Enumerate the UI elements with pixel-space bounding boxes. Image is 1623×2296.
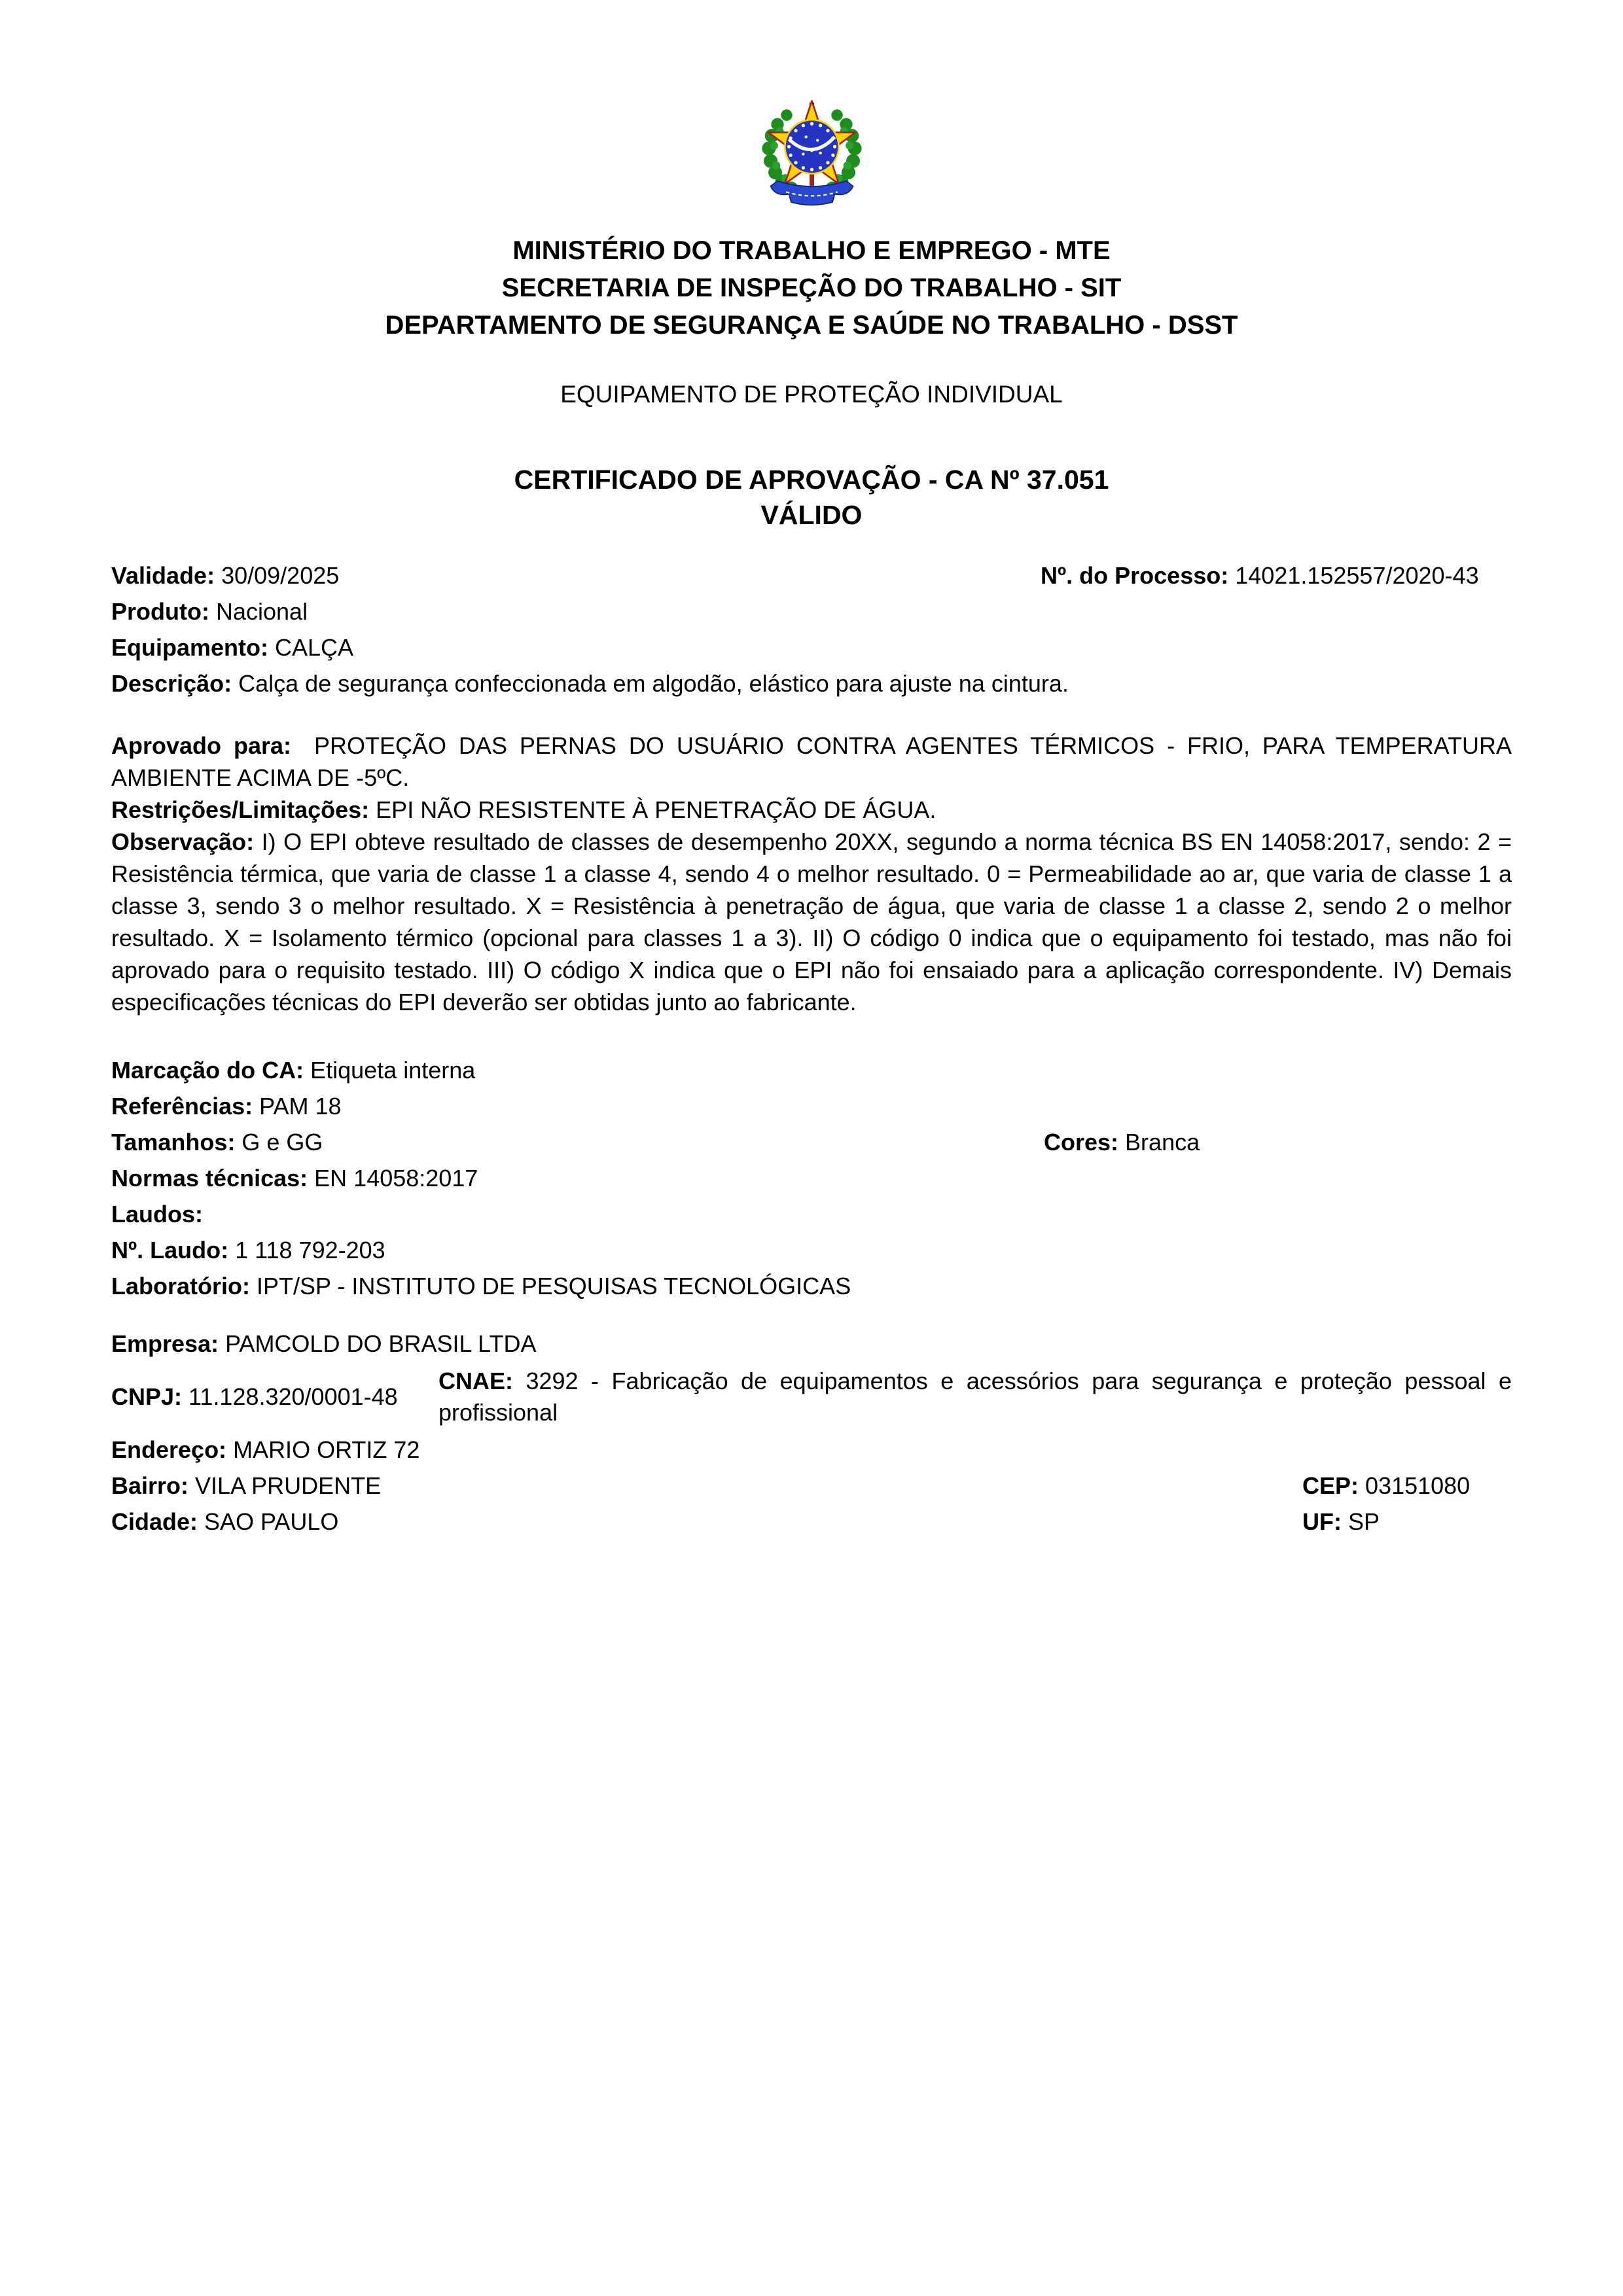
field-cidade-row: Cidade: SAO PAULO UF: SP [111,1509,1512,1535]
cidade-label: Cidade: [111,1508,198,1535]
cep-value: 03151080 [1365,1472,1470,1499]
aprovado-label: Aprovado para: [111,732,291,759]
validade-value: 30/09/2025 [221,562,339,589]
uf-label: UF: [1302,1508,1342,1535]
normas-label: Normas técnicas: [111,1165,308,1192]
laudos-label: Laudos: [111,1201,203,1227]
certificate-title: CERTIFICADO DE APROVAÇÃO - CA Nº 37.051 [0,462,1623,497]
cidade-value: SAO PAULO [204,1508,338,1535]
restricoes-paragraph: Restrições/Limitações: EPI NÃO RESISTENT… [111,794,1512,826]
referencias-value: PAM 18 [259,1093,341,1120]
cores-value: Branca [1125,1129,1200,1156]
status-label: VÁLIDO [0,497,1623,533]
cnpj-label: CNPJ: [111,1383,182,1410]
equipamento-label: Equipamento: [111,634,268,661]
field-tamanhos-row: Tamanhos: G e GG Cores: Branca [111,1129,1512,1156]
certificate-page: { "page": { "background": "#ffffff", "te… [0,0,1623,2296]
field-empresa-row: Empresa: PAMCOLD DO BRASIL LTDA [111,1331,1512,1357]
tamanhos-value: G e GG [241,1129,323,1156]
aprovado-value: PROTEÇÃO DAS PERNAS DO USUÁRIO CONTRA AG… [111,732,1512,791]
field-laudos-row: Laudos: [111,1201,1512,1227]
cep-label: CEP: [1302,1472,1359,1499]
org-line-1: MINISTÉRIO DO TRABALHO E EMPREGO - MTE [0,232,1623,270]
observacao-value: I) O EPI obteve resultado de classes de … [111,828,1512,1016]
cnpj-value: 11.128.320/0001-48 [188,1383,398,1410]
processo-value: 14021.152557/2020-43 [1235,562,1478,589]
laudo-num-label: Nº. Laudo: [111,1237,228,1263]
document-title-block: CERTIFICADO DE APROVAÇÃO - CA Nº 37.051 … [0,462,1623,533]
laudo-num-value: 1 118 792-203 [235,1237,385,1263]
observacao-paragraph: Observação: I) O EPI obteve resultado de… [111,826,1512,1018]
restricoes-value: EPI NÃO RESISTENTE À PENETRAÇÃO DE ÁGUA. [376,796,936,823]
bairro-label: Bairro: [111,1472,188,1499]
observacao-label: Observação: [111,828,254,855]
org-header: MINISTÉRIO DO TRABALHO E EMPREGO - MTE S… [0,232,1623,344]
endereco-value: MARIO ORTIZ 72 [233,1436,419,1463]
fields-section-1: Validade: 30/09/2025 Nº. do Processo: 14… [111,563,1512,1535]
field-cnpj: CNPJ: 11.128.320/0001-48 [111,1384,438,1410]
descricao-value: Calça de segurança confeccionada em algo… [238,670,1069,697]
referencias-label: Referências: [111,1093,253,1120]
field-laboratorio-row: Laboratório: IPT/SP - INSTITUTO DE PESQU… [111,1273,1512,1299]
field-endereco-row: Endereço: MARIO ORTIZ 72 [111,1437,1512,1463]
processo-label: Nº. do Processo: [1041,562,1228,589]
field-bairro-row: Bairro: VILA PRUDENTE CEP: 03151080 [111,1473,1512,1499]
empresa-label: Empresa: [111,1330,219,1357]
validade-label: Validade: [111,562,215,589]
field-cnae: CNAE: 3292 - Fabricação de equipamentos … [438,1366,1512,1428]
company-section: Empresa: PAMCOLD DO BRASIL LTDA CNPJ: 11… [111,1331,1512,1535]
field-produto-row: Produto: Nacional [111,599,1512,625]
field-normas-row: Normas técnicas: EN 14058:2017 [111,1165,1512,1192]
field-uf: UF: SP [1302,1509,1380,1535]
marcacao-value: Etiqueta interna [310,1057,475,1084]
empresa-value: PAMCOLD DO BRASIL LTDA [225,1330,536,1357]
equipamento-value: CALÇA [275,634,353,661]
produto-value: Nacional [216,598,308,625]
laboratorio-value: IPT/SP - INSTITUTO DE PESQUISAS TECNOLÓG… [257,1273,851,1299]
field-descricao-row: Descrição: Calça de segurança confeccion… [111,671,1512,697]
org-line-2: SECRETARIA DE INSPEÇÃO DO TRABALHO - SIT [0,270,1623,307]
field-processo: Nº. do Processo: 14021.152557/2020-43 [1041,563,1479,589]
field-laudo-num-row: Nº. Laudo: 1 118 792-203 [111,1237,1512,1263]
approval-paragraphs: Aprovado para: PROTEÇÃO DAS PERNAS DO US… [111,730,1512,1018]
emblem-container [0,0,1623,218]
descricao-label: Descrição: [111,670,232,697]
marcacao-label: Marcação do CA: [111,1057,304,1084]
bairro-value: VILA PRUDENTE [195,1472,381,1499]
endereco-label: Endereço: [111,1436,226,1463]
cnpj-cnae-row: CNPJ: 11.128.320/0001-48 CNAE: 3292 - Fa… [111,1366,1512,1428]
aprovado-para-paragraph: Aprovado para: PROTEÇÃO DAS PERNAS DO US… [111,730,1512,794]
cnae-label: CNAE: [438,1368,513,1394]
restricoes-label: Restrições/Limitações: [111,796,369,823]
cores-label: Cores: [1044,1129,1118,1156]
brazil-coat-of-arms-icon [755,90,869,218]
fields-section-2: Marcação do CA: Etiqueta interna Referên… [111,1057,1512,1299]
produto-label: Produto: [111,598,209,625]
cnae-value: 3292 - Fabricação de equipamentos e aces… [438,1368,1512,1426]
document-type: EQUIPAMENTO DE PROTEÇÃO INDIVIDUAL [0,381,1623,408]
uf-value: SP [1348,1508,1380,1535]
field-equipamento-row: Equipamento: CALÇA [111,635,1512,661]
normas-value: EN 14058:2017 [314,1165,478,1192]
field-referencias-row: Referências: PAM 18 [111,1093,1512,1120]
field-validade-row: Validade: 30/09/2025 Nº. do Processo: 14… [111,563,1512,589]
field-cores: Cores: Branca [1044,1129,1200,1156]
tamanhos-label: Tamanhos: [111,1129,235,1156]
laboratorio-label: Laboratório: [111,1273,250,1299]
org-line-3: DEPARTAMENTO DE SEGURANÇA E SAÚDE NO TRA… [0,307,1623,344]
field-cep: CEP: 03151080 [1302,1473,1470,1499]
field-marcacao-row: Marcação do CA: Etiqueta interna [111,1057,1512,1084]
